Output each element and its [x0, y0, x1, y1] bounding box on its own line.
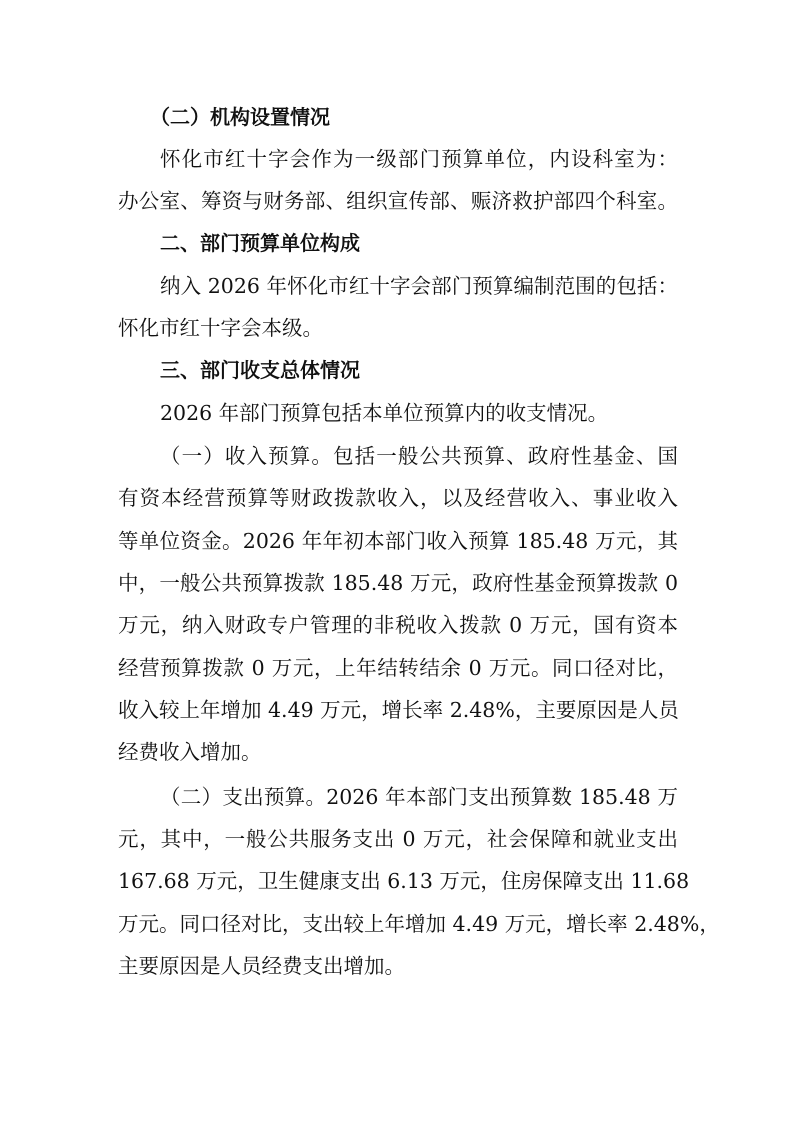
income-line: 中，一般公共预算拨款 185.48 万元，政府性基金预算拨款 0 [118, 568, 678, 598]
document-page: （二）机构设置情况 怀化市红十字会作为一级部门预算单位，内设科室为： 办公室、筹… [0, 0, 793, 1122]
income-line: 收入较上年增加 4.49 万元，增长率 2.48%，主要原因是人员 [118, 695, 678, 725]
section-heading-budget-units: 二、部门预算单位构成 [160, 228, 678, 258]
income-line: 有资本经营预算等财政拨款收入，以及经营收入、事业收入 [118, 483, 678, 513]
income-line: （一）收入预算。包括一般公共预算、政府性基金、国 [160, 441, 678, 471]
expenditure-line: 167.68 万元，卫生健康支出 6.13 万元，住房保障支出 11.68 [118, 866, 678, 896]
expenditure-line: （二）支出预算。2026 年本部门支出预算数 185.48 万 [160, 782, 678, 812]
income-line: 等单位资金。2026 年年初本部门收入预算 185.48 万元，其 [118, 526, 678, 556]
paragraph-line: 怀化市红十字会本级。 [118, 313, 678, 343]
paragraph-line: 办公室、筹资与财务部、组织宣传部、赈济救护部四个科室。 [118, 186, 678, 216]
expenditure-line: 元，其中，一般公共服务支出 0 万元，社会保障和就业支出 [118, 824, 678, 854]
income-line: 万元，纳入财政专户管理的非税收入拨款 0 万元，国有资本 [118, 610, 678, 640]
expenditure-line: 主要原因是人员经费支出增加。 [118, 951, 678, 981]
section-heading-org-setup: （二）机构设置情况 [150, 102, 710, 132]
paragraph-line: 怀化市红十字会作为一级部门预算单位，内设科室为： [160, 144, 678, 174]
expenditure-line: 万元。同口径对比，支出较上年增加 4.49 万元，增长率 2.48%， [118, 909, 678, 939]
paragraph-line: 纳入 2026 年怀化市红十字会部门预算编制范围的包括： [160, 271, 678, 301]
income-line: 经营预算拨款 0 万元，上年结转结余 0 万元。同口径对比， [118, 653, 678, 683]
section-heading-overall: 三、部门收支总体情况 [160, 355, 678, 385]
income-line: 经费收入增加。 [118, 737, 678, 767]
paragraph-intro: 2026 年部门预算包括本单位预算内的收支情况。 [160, 398, 678, 428]
